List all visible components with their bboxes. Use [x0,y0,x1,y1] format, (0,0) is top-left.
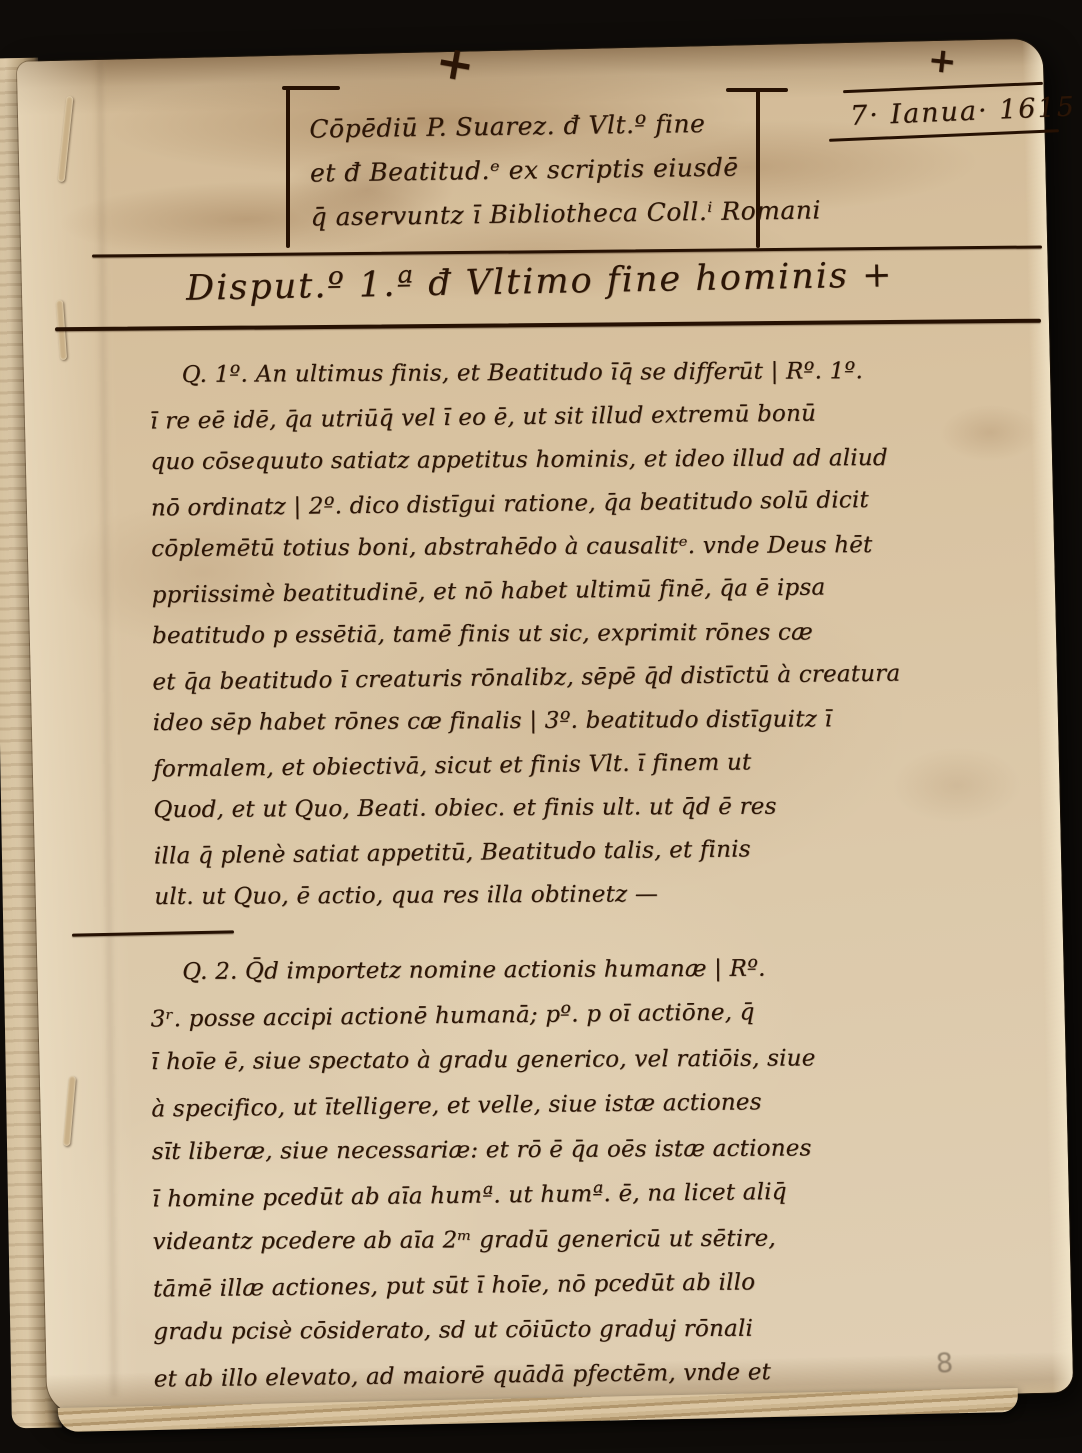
manuscript-line: videantz pcedere ab aīa 2ᵐ gradū generic… [152,1216,912,1265]
header-line: et đ Beatitud.ᵉ ex scriptis eiusdē [310,144,821,195]
manuscript-line: gradu pcisè cōsiderato, sd ut cōiūcto gr… [153,1306,913,1355]
cross-mark-icon: + [432,37,478,89]
manuscript-line: à specifico, ut ītelligere, et velle, si… [151,1078,911,1132]
manuscript-line: formalem, et obiectivā, sicut et finis V… [153,739,913,792]
manuscript-line: illa q̄ plenè satiat appetitū, Beatitudo… [154,826,914,879]
folio-number: 8 [935,1347,954,1379]
manuscript-line: 3ʳ. posse accipi actionē humanā; pº. p o… [150,988,910,1042]
manuscript-line: quo cōsequuto satiatz appetitus hominis,… [150,437,910,485]
manuscript-line: et q̄a beatitudo ī creaturis rōnalibz, s… [152,652,912,705]
manuscript-line: ī hoīe ē, siue spectato à gradu generico… [151,1036,911,1085]
manuscript-line: sīt liberæ, siue necessariæ: et rō ē q̄a… [152,1126,912,1175]
photograph-stage: + + 7· Ianua· 1615 Cōpēdiū P. Suarez. đ … [0,0,1082,1453]
manuscript-line: ult. ut Quo, ē actio, qua res illa obtin… [154,872,914,920]
manuscript-line: tāmē illæ actiones, put sūt ī hoīe, nō p… [153,1258,913,1312]
manuscript-line: ppriissimè beatitudinē, et nō habet ulti… [151,565,911,618]
manuscript-line: ī re eē idē, q̄a utriūq̄ vel ī eo ē, ut … [150,391,910,444]
quaestio-2-paragraph: Q. 2. Q̄d importetz nomine actionis huma… [150,945,914,1402]
header-ownership-note: Cōpēdiū P. Suarez. đ Vlt.º fine et đ Bea… [309,100,821,239]
manuscript-line: Q. 2. Q̄d importetz nomine actionis huma… [150,946,910,995]
manuscript-line: Quod, et ut Quo, Beati. obiec. et finis … [153,785,913,833]
cross-mark-icon: + [926,43,958,80]
manuscript-line: ī homine pcedūt ab aīa humª. ut humª. ē,… [152,1168,912,1222]
header-line: Cōpēdiū P. Suarez. đ Vlt.º fine [309,100,820,151]
manuscript-line: ideo sēp habet rōnes cæ finalis | 3º. be… [153,698,913,746]
date-annotation-block: 7· Ianua· 1615 [827,81,1061,142]
manuscript-line: nō ordinatz | 2º. dico distīgui ratione,… [151,478,911,531]
header-line: q̄ aservuntz ī Bibliotheca Coll.ⁱ Romani [310,188,821,239]
manuscript-line: cōplemētū totius boni, abstrahēdo à caus… [151,524,911,572]
quaestio-1-paragraph: Q. 1º. An ultimus finis, et Beatitudo īq… [150,349,915,921]
manuscript-line: Q. 1º. An ultimus finis, et Beatitudo īq… [150,350,910,398]
manuscript-line: beatitudo p essētiā, tamē finis ut sic, … [152,611,912,659]
